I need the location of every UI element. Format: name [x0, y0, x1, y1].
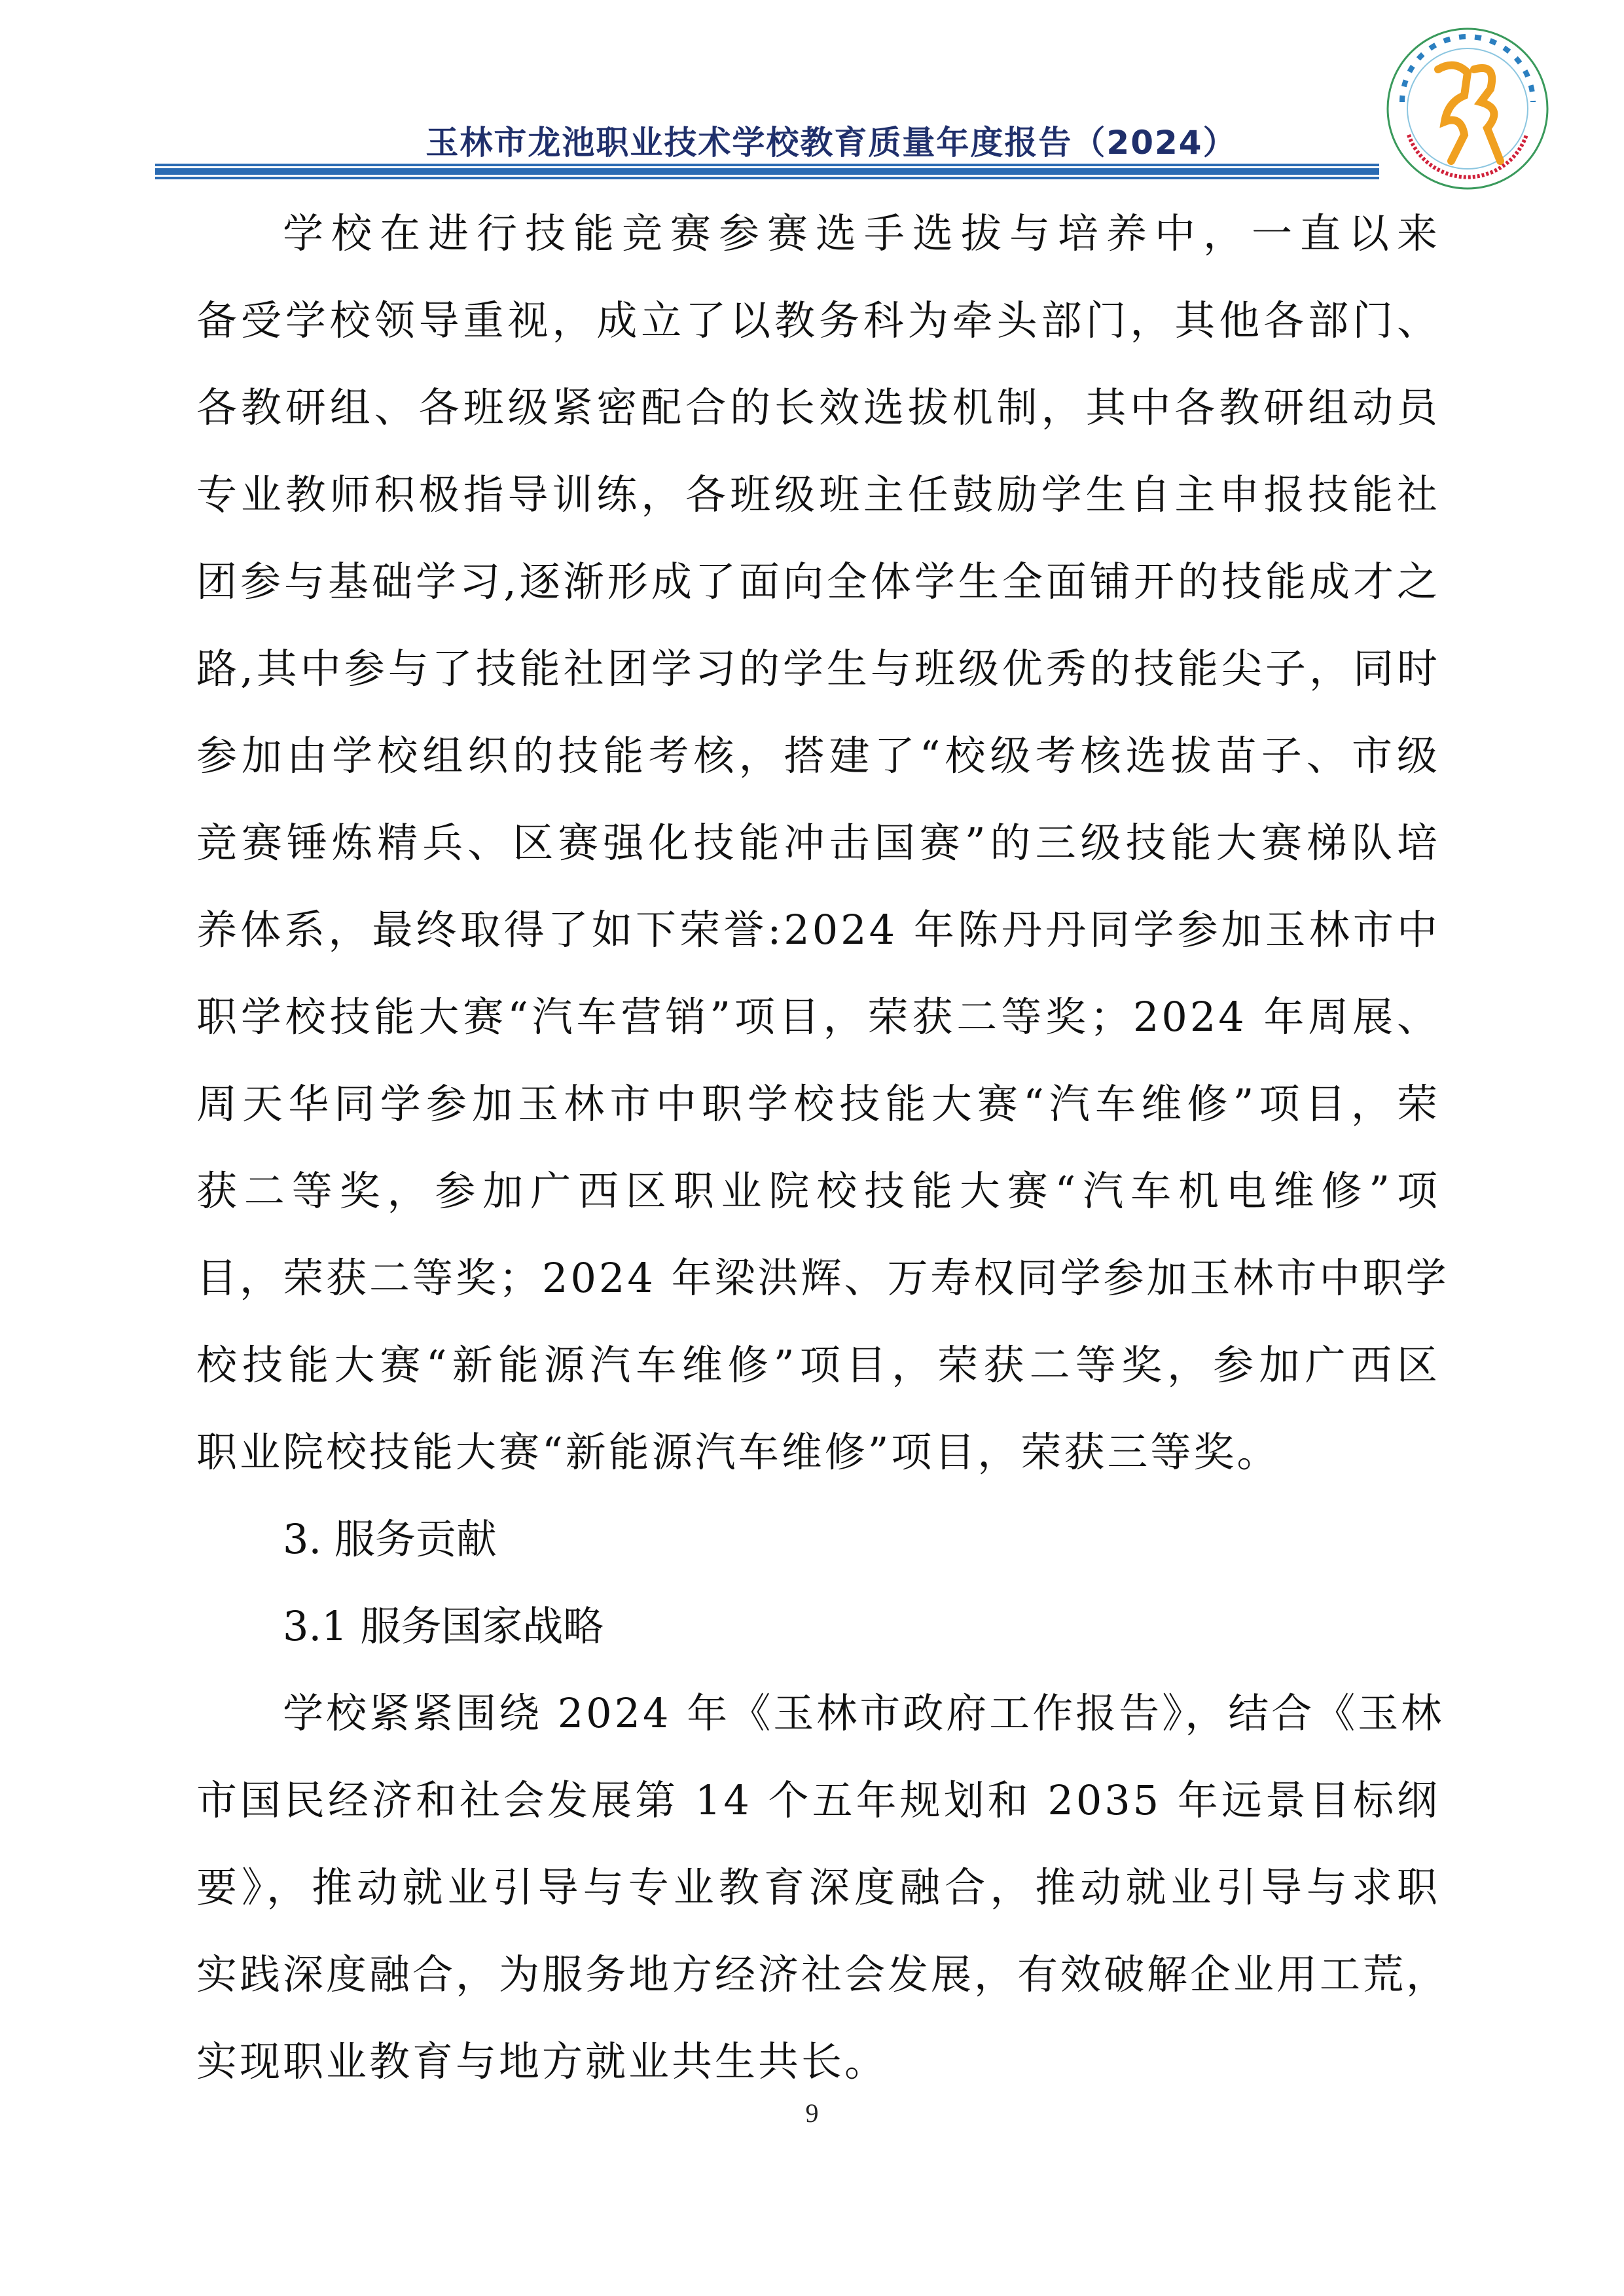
- page-number: 9: [0, 2098, 1624, 2128]
- text-line: 养体系，最终取得了如下荣誉:2024 年陈丹丹同学参加玉林市中: [196, 886, 1440, 973]
- text-line: 要》，推动就业引导与专业教育深度融合，推动就业引导与求职: [196, 1844, 1440, 1931]
- text-line: 专业教师积极指导训练，各班级班主任鼓励学生自主申报技能社: [196, 451, 1440, 538]
- text-line: 实现职业教育与地方就业共生共长。: [196, 2018, 1440, 2105]
- section-heading: 3. 服务贡献: [196, 1496, 1440, 1583]
- text-line: 学校紧紧围绕 2024 年《玉林市政府工作报告》，结合《玉林: [196, 1670, 1440, 1757]
- report-body: 学校在进行技能竞赛参赛选手选拔与培养中，一直以来 备受学校领导重视，成立了以教务…: [196, 190, 1440, 2105]
- header-rule-middle: [155, 168, 1379, 175]
- text-line: 周天华同学参加玉林市中职学校技能大赛“汽车维修”项目，荣: [196, 1060, 1440, 1147]
- header-rule-top: [155, 164, 1379, 166]
- header-rule-bottom: [155, 177, 1379, 179]
- text-line: 学校在进行技能竞赛参赛选手选拔与培养中，一直以来: [196, 190, 1440, 277]
- text-line: 备受学校领导重视，成立了以教务科为牵头部门，其他各部门、: [196, 277, 1440, 364]
- report-title: 玉林市龙池职业技术学校教育质量年度报告（2024）: [393, 117, 1270, 164]
- text-line: 实践深度融合，为服务地方经济社会发展，有效破解企业用工荒，: [196, 1931, 1440, 2018]
- school-emblem-icon: [1382, 24, 1553, 194]
- text-line: 团参与基础学习,逐渐形成了面向全体学生全面铺开的技能成才之: [196, 538, 1440, 625]
- paragraph-skill-competition: 学校在进行技能竞赛参赛选手选拔与培养中，一直以来 备受学校领导重视，成立了以教务…: [196, 190, 1440, 1496]
- text-line: 竞赛锤炼精兵、区赛强化技能冲击国赛”的三级技能大赛梯队培: [196, 799, 1440, 886]
- subsection-heading: 3.1 服务国家战略: [196, 1583, 1440, 1670]
- text-line: 校技能大赛“新能源汽车维修”项目，荣获二等奖，参加广西区: [196, 1321, 1440, 1408]
- paragraph-national-strategy: 学校紧紧围绕 2024 年《玉林市政府工作报告》，结合《玉林 市国民经济和社会发…: [196, 1670, 1440, 2105]
- text-line: 职学校技能大赛“汽车营销”项目，荣获二等奖；2024 年周展、: [196, 973, 1440, 1060]
- text-line: 各教研组、各班级紧密配合的长效选拔机制，其中各教研组动员: [196, 364, 1440, 451]
- text-line: 获二等奖，参加广西区职业院校技能大赛“汽车机电维修”项: [196, 1147, 1440, 1234]
- text-line: 职业院校技能大赛“新能源汽车维修”项目，荣获三等奖。: [196, 1408, 1440, 1496]
- text-line: 路,其中参与了技能社团学习的学生与班级优秀的技能尖子，同时: [196, 625, 1440, 712]
- text-line: 市国民经济和社会发展第 14 个五年规划和 2035 年远景目标纲: [196, 1757, 1440, 1844]
- text-line: 目，荣获二等奖；2024 年梁洪辉、万寿权同学参加玉林市中职学: [196, 1234, 1440, 1321]
- text-line: 参加由学校组织的技能考核，搭建了“校级考核选拔苗子、市级: [196, 712, 1440, 799]
